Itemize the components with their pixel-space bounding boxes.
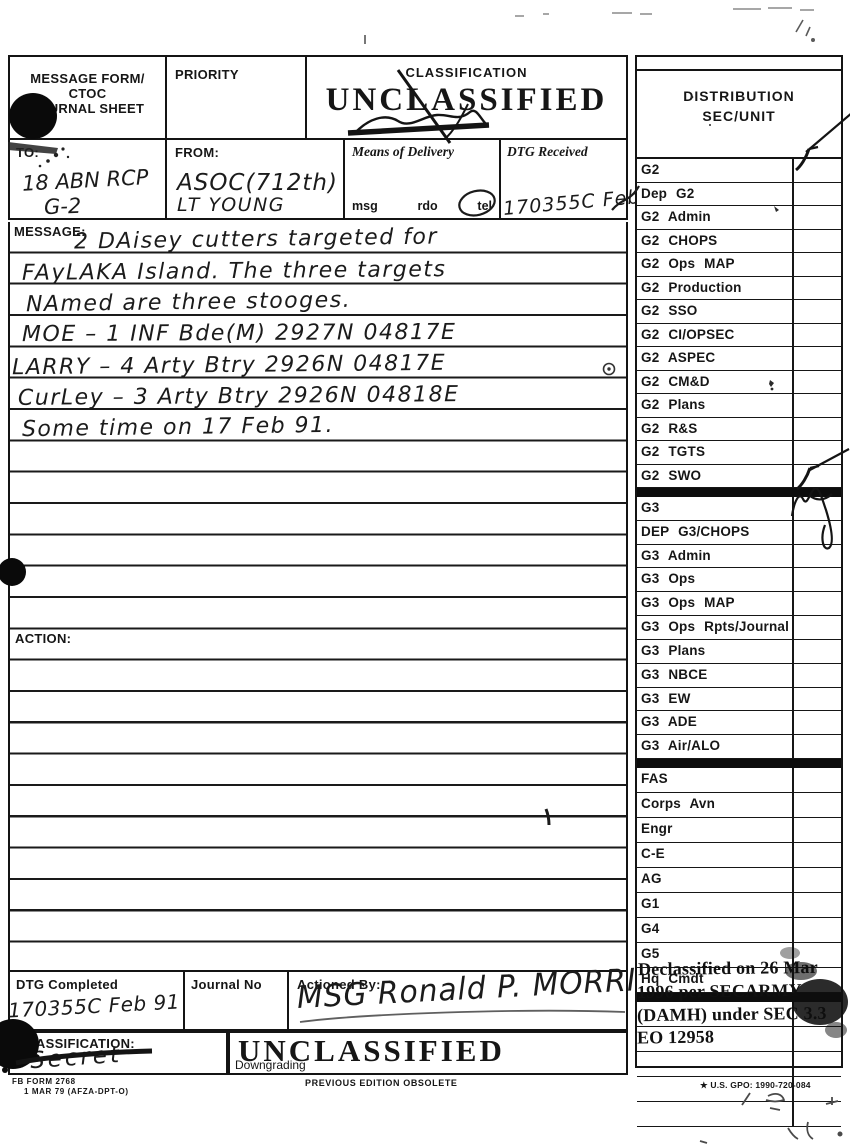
distribution-check-cell <box>794 441 841 464</box>
delivery-option-msg: msg <box>352 199 378 213</box>
distribution-row-label: G3 Air/ALO <box>637 735 794 758</box>
distribution-check-cell <box>794 616 841 639</box>
distribution-check-cell <box>794 818 841 842</box>
distribution-check-cell <box>794 300 841 323</box>
distribution-row-label: G2 Ops MAP <box>637 253 794 276</box>
to-label: TO: <box>16 145 39 160</box>
form-title-line1: MESSAGE FORM/ <box>10 71 165 86</box>
from-box: FROM: ASOC(712th) LT YOUNG <box>165 138 345 220</box>
distribution-check-cell <box>794 230 841 253</box>
distribution-row-label: G3 Plans <box>637 640 794 663</box>
message-handwritten-line: LARRY – 4 Arty Btry 2926N 04817E <box>12 348 446 383</box>
distribution-row: G2 Plans <box>637 394 841 418</box>
distribution-check-cell-check <box>794 497 841 520</box>
distribution-row-label: G2 TGTS <box>637 441 794 464</box>
distribution-check-cell <box>794 394 841 417</box>
distribution-row: G2 SSO <box>637 300 841 324</box>
dtg-completed-label: DTG Completed <box>16 977 118 992</box>
pencil-marks-top-right <box>796 20 814 41</box>
distribution-check-cell <box>794 768 841 792</box>
journal-no-box: Journal No <box>183 970 289 1031</box>
gpo-print-note: ★ U.S. GPO: 1990-720-084 <box>700 1080 811 1091</box>
distribution-row-label: G3 ADE <box>637 711 794 734</box>
distribution-row-label: Engr <box>637 818 794 842</box>
distribution-row-label: G2 CM&D <box>637 371 794 394</box>
form-title-box: MESSAGE FORM/ CTOC JOURNAL SHEET <box>8 55 167 140</box>
dtg-completed-value: 170355C Feb 91 <box>7 990 180 1023</box>
to-box: TO: 18 ABN RCP G-2 <box>8 138 167 220</box>
unclassified-bottom-box: UNCLASSIFIED Downgrading <box>228 1031 628 1075</box>
distribution-row-label: G2 CI/OPSEC <box>637 324 794 347</box>
distribution-row-label: G3 EW <box>637 688 794 711</box>
distribution-check-cell <box>794 324 841 347</box>
distribution-row-label: G3 Ops MAP <box>637 592 794 615</box>
distribution-row: G2 R&S <box>637 418 841 442</box>
distribution-check-cell <box>794 868 841 892</box>
distribution-row <box>637 1052 841 1077</box>
distribution-check-cell <box>794 465 841 488</box>
distribution-check-cell <box>794 206 841 229</box>
distribution-row: G2 CI/OPSEC <box>637 324 841 348</box>
distribution-row-label: G3 <box>637 497 794 520</box>
message-handwritten-line: FAyLAKA Island. The three targets <box>22 255 447 289</box>
classification-box: CLASSIFICATION UNCLASSIFIED <box>305 55 628 140</box>
distribution-row-label <box>637 1102 794 1126</box>
distribution-row: G3 <box>637 497 841 521</box>
actioned-by-box: Actioned By: MSG Ronald P. MORRIS <box>287 970 628 1031</box>
distribution-row: G3 Ops <box>637 568 841 592</box>
distribution-section-divider <box>637 759 841 768</box>
distribution-check-cell <box>794 711 841 734</box>
distribution-row: G3 Air/ALO <box>637 735 841 759</box>
distribution-row: G2 SWO <box>637 465 841 489</box>
from-value-line1: ASOC(712th) <box>177 170 343 196</box>
distribution-row-label: AG <box>637 868 794 892</box>
distribution-check-cell <box>794 371 841 394</box>
previous-edition-note: PREVIOUS EDITION OBSOLETE <box>305 1078 458 1088</box>
distribution-check-cell <box>794 347 841 370</box>
distribution-check-cell <box>794 688 841 711</box>
priority-box: PRIORITY <box>165 55 307 140</box>
declass-stamp-line1: Declassified on 26 Mar <box>638 957 818 980</box>
distribution-row: G2 Production <box>637 277 841 301</box>
distribution-check-cell <box>794 183 841 206</box>
distribution-row-label: Dep G2 <box>637 183 794 206</box>
means-of-delivery-box: Means of Delivery msg rdo tel <box>343 138 501 220</box>
distribution-check-cell <box>794 1027 841 1051</box>
distribution-check-cell <box>794 568 841 591</box>
distribution-section-divider <box>637 488 841 497</box>
distribution-row-label: G3 Ops Rpts/Journal <box>637 616 794 639</box>
form-number: FB FORM 2768 <box>12 1077 76 1086</box>
distribution-check-cell <box>794 893 841 917</box>
dtg-received-box: DTG Received 170355C Feb <box>499 138 628 220</box>
classification-label: CLASSIFICATION <box>307 65 626 80</box>
from-value-line2: LT YOUNG <box>177 194 343 216</box>
distribution-row: G3 NBCE <box>637 664 841 688</box>
distribution-row-label: FAS <box>637 768 794 792</box>
journal-no-label: Journal No <box>191 977 262 992</box>
message-handwritten-line: CurLey – 3 Arty Btry 2926N 04818E <box>18 380 460 414</box>
distribution-row: G2 Admin <box>637 206 841 230</box>
dtg-completed-box: DTG Completed 170355C Feb 91 <box>8 970 185 1031</box>
priority-label: PRIORITY <box>175 67 239 82</box>
distribution-row: FAS <box>637 768 841 793</box>
distribution-check-cell <box>794 793 841 817</box>
distribution-row-label: G2 <box>637 159 794 182</box>
scanner-dash-marks <box>365 8 814 44</box>
distribution-row-label: G2 CHOPS <box>637 230 794 253</box>
distribution-row-label: DEP G3/CHOPS <box>637 521 794 544</box>
to-value-line2: G-2 <box>44 191 166 219</box>
distribution-check-cell <box>794 1052 841 1076</box>
distribution-row-label: G3 Ops <box>637 568 794 591</box>
distribution-row-label: G3 Admin <box>637 545 794 568</box>
declass-stamp-line3: (DAMH) under SEC 3.3 <box>637 1003 827 1026</box>
distribution-row: G3 Ops Rpts/Journal <box>637 616 841 640</box>
form-title-line2: CTOC <box>10 86 165 101</box>
distribution-row: Corps Avn <box>637 793 841 818</box>
distribution-row: G3 ADE <box>637 711 841 735</box>
distribution-check-cell <box>794 277 841 300</box>
distribution-row: Engr <box>637 818 841 843</box>
distribution-title-line2: SEC/UNIT <box>637 106 841 126</box>
declass-stamp-line4: EO 12958 <box>637 1027 714 1049</box>
distribution-row: DEP G3/CHOPS <box>637 521 841 545</box>
distribution-row: G2 CHOPS <box>637 230 841 254</box>
distribution-header: DISTRIBUTION SEC/UNIT <box>637 71 841 159</box>
distribution-row: G2 Ops MAP <box>637 253 841 277</box>
dtg-received-label: DTG Received <box>507 144 588 159</box>
distribution-row: G3 EW <box>637 688 841 712</box>
scanned-message-form-page: MESSAGE FORM/ CTOC JOURNAL SHEET PRIORIT… <box>0 0 850 1145</box>
distribution-check-cell <box>794 253 841 276</box>
action-label: ACTION: <box>15 631 71 646</box>
distribution-row: C-E <box>637 843 841 868</box>
distribution-row: Dep G2 <box>637 183 841 207</box>
distribution-check-cell <box>794 418 841 441</box>
distribution-check-cell <box>794 592 841 615</box>
distribution-row: G2 ASPEC <box>637 347 841 371</box>
distribution-check-cell-initials <box>794 521 841 544</box>
distribution-row-label: Corps Avn <box>637 793 794 817</box>
distribution-row-label: C-E <box>637 843 794 867</box>
distribution-row: G3 Plans <box>637 640 841 664</box>
distribution-row: G3 Admin <box>637 545 841 569</box>
distribution-row-label: G2 SSO <box>637 300 794 323</box>
distribution-check-cell <box>794 545 841 568</box>
distribution-row-label: G2 Plans <box>637 394 794 417</box>
means-of-delivery-label: Means of Delivery <box>352 144 454 159</box>
distribution-row: G2 TGTS <box>637 441 841 465</box>
classification-struck-value: Secret <box>29 1042 123 1074</box>
distribution-row: AG <box>637 868 841 893</box>
classification-bottom-box: CLASSIFICATION: Secret <box>8 1031 228 1075</box>
distribution-row: G4 <box>637 918 841 943</box>
distribution-row-label: G2 SWO <box>637 465 794 488</box>
from-label: FROM: <box>175 145 219 160</box>
classification-value-stamp: UNCLASSIFIED <box>307 82 626 119</box>
distribution-table: DISTRIBUTION SEC/UNIT G2Dep G2G2 AdminG2… <box>635 55 843 1068</box>
distribution-row: G1 <box>637 893 841 918</box>
actioned-by-signature: MSG Ronald P. MORRIS <box>296 961 657 1016</box>
form-edition: 1 MAR 79 (AFZA-DPT-O) <box>24 1087 129 1096</box>
delivery-option-tel: tel <box>477 199 492 213</box>
distribution-row-label: G2 Admin <box>637 206 794 229</box>
distribution-check-cell <box>794 843 841 867</box>
distribution-check-cell <box>794 1102 841 1126</box>
form-title-line3: JOURNAL SHEET <box>10 101 165 116</box>
distribution-check-cell <box>794 664 841 687</box>
downgrading-label: Downgrading <box>235 1058 306 1072</box>
distribution-row-label: G2 Production <box>637 277 794 300</box>
distribution-top-strip <box>637 57 841 71</box>
message-handwritten-line: 2 DAisey cutters targeted for <box>74 223 438 258</box>
message-handwritten-line: MOE – 1 INF Bde(M) 2927N 04817E <box>22 318 456 350</box>
distribution-row <box>637 1102 841 1127</box>
distribution-row: G3 Ops MAP <box>637 592 841 616</box>
distribution-row: G2 CM&D <box>637 371 841 395</box>
ruled-writing-area: MESSAGE: ACTION: 2 DAisey cutters target… <box>8 222 628 970</box>
distribution-check-cell <box>794 735 841 758</box>
distribution-check-cell <box>794 918 841 942</box>
distribution-check-cell-check <box>794 159 841 182</box>
distribution-row-label: G2 ASPEC <box>637 347 794 370</box>
message-handwritten-line: NAmed are three stooges. <box>26 286 352 321</box>
distribution-row: G2 <box>637 159 841 183</box>
dtg-received-value: 170355C Feb <box>502 186 641 220</box>
distribution-row-label: G3 NBCE <box>637 664 794 687</box>
message-handwritten-line: Some time on 17 Feb 91. <box>22 411 334 445</box>
delivery-option-rdo: rdo <box>417 199 437 213</box>
distribution-row-label: G2 R&S <box>637 418 794 441</box>
distribution-title-line1: DISTRIBUTION <box>637 86 841 106</box>
distribution-row-label: G4 <box>637 918 794 942</box>
distribution-row-label <box>637 1052 794 1076</box>
distribution-row-label: G1 <box>637 893 794 917</box>
distribution-check-cell <box>794 640 841 663</box>
declass-stamp-line2: 1996 per SECARMY <box>637 980 802 1003</box>
